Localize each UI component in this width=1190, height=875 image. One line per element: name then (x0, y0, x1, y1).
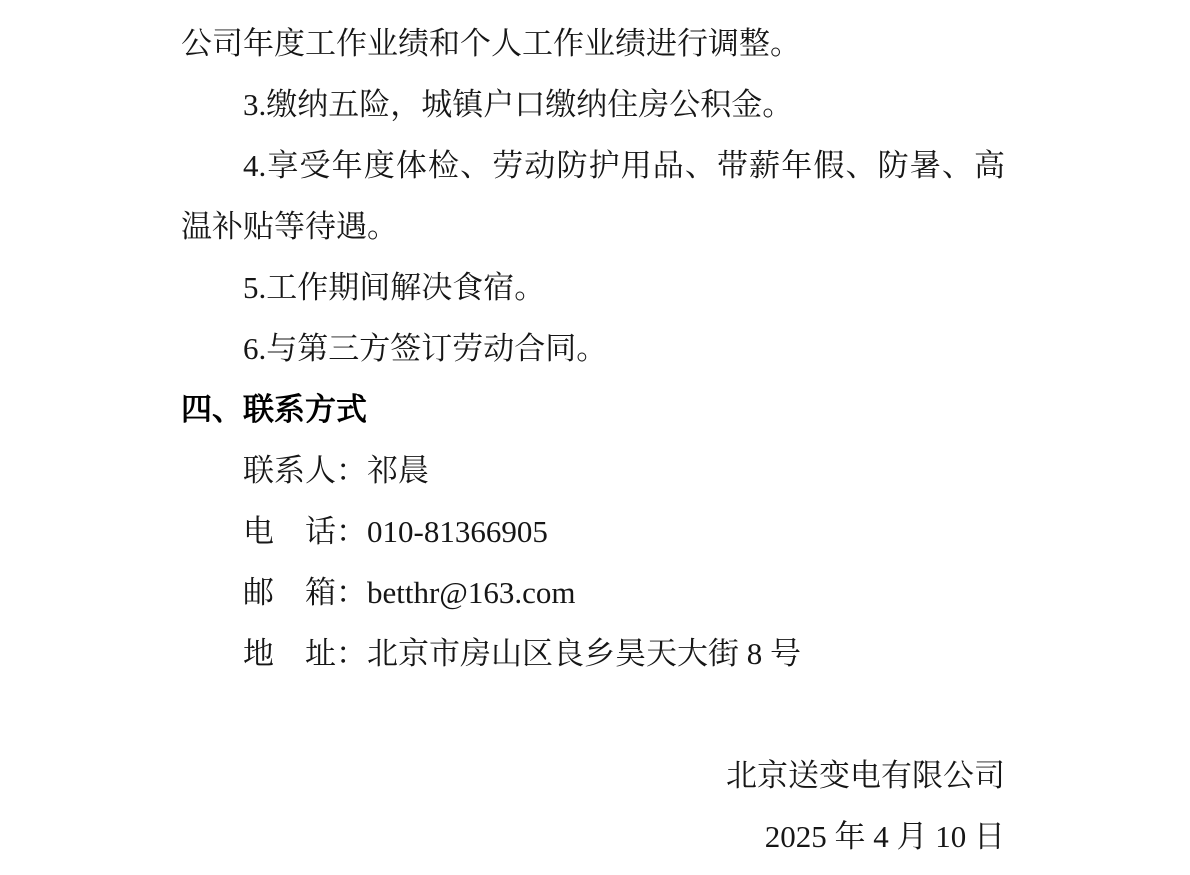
line-item-5-board-lodging: 5.工作期间解决食宿。 (181, 257, 1005, 318)
line-blank (181, 684, 1005, 745)
line-item-4-benefits-a: 4.享受年度体检、劳动防护用品、带薪年假、防暑、高 (181, 135, 1005, 196)
line-contact-email: 邮 箱：betthr@163.com (181, 562, 1005, 623)
document-content: 公司年度工作业绩和个人工作业绩进行调整。3.缴纳五险，城镇户口缴纳住房公积金。4… (181, 13, 1005, 867)
line-contact-address: 地 址：北京市房山区良乡昊天大街 8 号 (181, 623, 1005, 684)
heading-contact-section: 四、联系方式 (181, 379, 1005, 440)
document-page: 公司年度工作业绩和个人工作业绩进行调整。3.缴纳五险，城镇户口缴纳住房公积金。4… (0, 0, 1190, 875)
line-contact-phone: 电 话：010-81366905 (181, 501, 1005, 562)
line-item-3-insurance: 3.缴纳五险，城镇户口缴纳住房公积金。 (181, 74, 1005, 135)
signature-company: 北京送变电有限公司 (181, 745, 1005, 806)
line-item-4-benefits-b: 温补贴等待遇。 (181, 196, 1005, 257)
line-item-6-contract: 6.与第三方签订劳动合同。 (181, 318, 1005, 379)
line-performance-adjust: 公司年度工作业绩和个人工作业绩进行调整。 (181, 13, 1005, 74)
line-contact-person: 联系人：祁晨 (181, 440, 1005, 501)
signature-date: 2025 年 4 月 10 日 (181, 806, 1005, 867)
